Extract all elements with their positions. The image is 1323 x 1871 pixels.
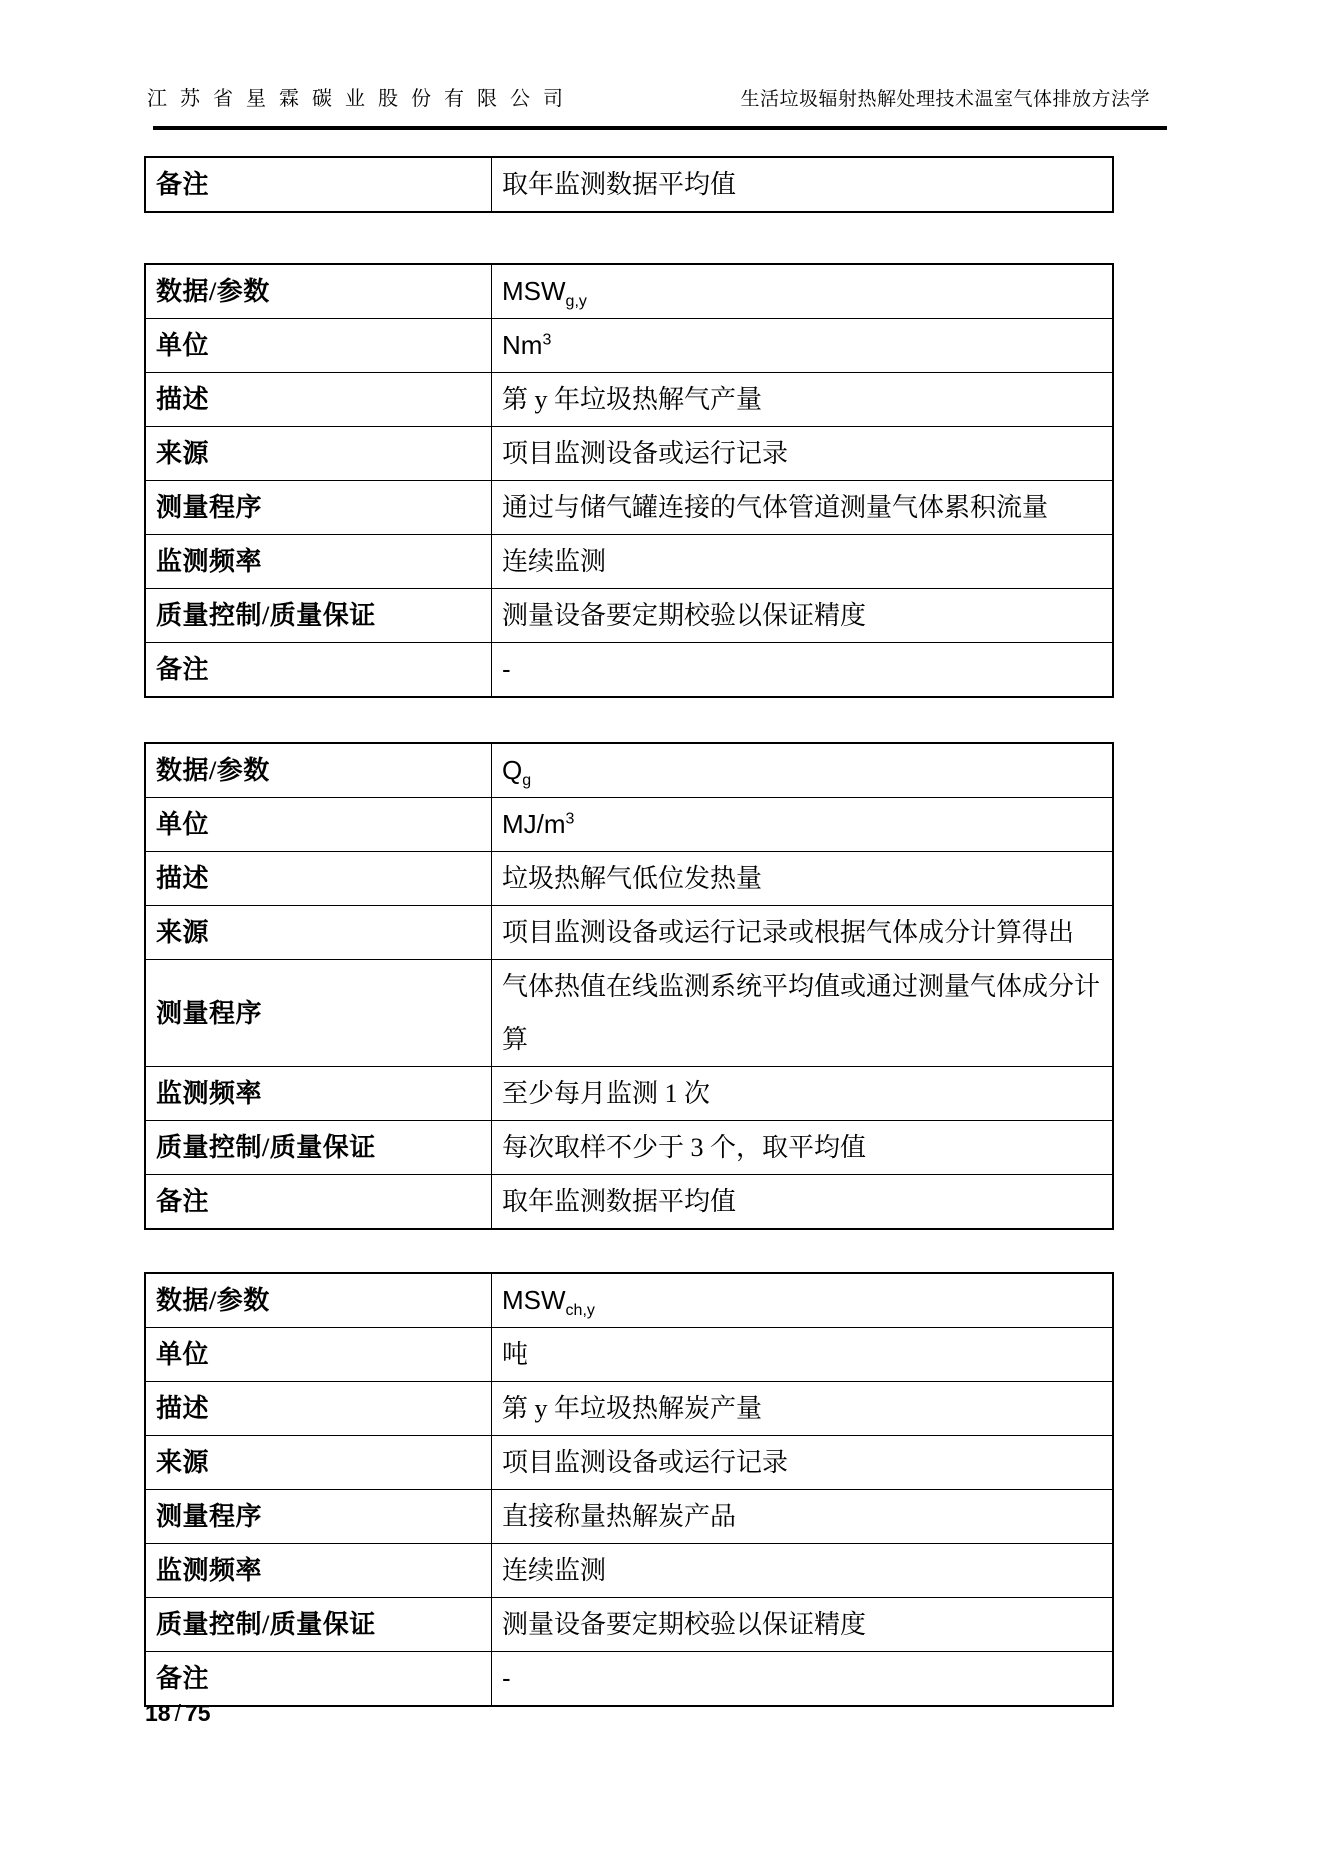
- row-value: 测量设备要定期校验以保证精度: [492, 1598, 1114, 1652]
- table-row: 备注 -: [145, 643, 1113, 698]
- row-value: 连续监测: [492, 1544, 1114, 1598]
- table-row: 来源 项目监测设备或运行记录或根据气体成分计算得出: [145, 906, 1113, 960]
- row-value: MJ/m3: [492, 798, 1114, 852]
- page-number: 18/75: [145, 1700, 211, 1727]
- row-value: 第 y 年垃圾热解炭产量: [492, 1382, 1114, 1436]
- page-number-total: 75: [185, 1700, 211, 1726]
- row-label: 备注: [145, 157, 492, 212]
- row-value: 项目监测设备或运行记录或根据气体成分计算得出: [492, 906, 1114, 960]
- row-value: 取年监测数据平均值: [492, 157, 1114, 212]
- table-row: 测量程序 气体热值在线监测系统平均值或通过测量气体成分计算: [145, 960, 1113, 1067]
- table-row: 描述 垃圾热解气低位发热量: [145, 852, 1113, 906]
- row-label: 备注: [145, 1652, 492, 1707]
- row-label: 单位: [145, 319, 492, 373]
- row-label: 描述: [145, 373, 492, 427]
- row-label: 数据/参数: [145, 264, 492, 319]
- row-label: 单位: [145, 1328, 492, 1382]
- header-company: 江苏省星霖碳业股份有限公司: [147, 82, 576, 111]
- row-label: 测量程序: [145, 1490, 492, 1544]
- row-value: -: [492, 643, 1114, 698]
- row-label: 备注: [145, 1175, 492, 1230]
- table-row: 质量控制/质量保证 每次取样不少于 3 个，取平均值: [145, 1121, 1113, 1175]
- table-row: 监测频率 连续监测: [145, 1544, 1113, 1598]
- table-row: 备注 取年监测数据平均值: [145, 157, 1113, 212]
- row-value: 直接称量热解炭产品: [492, 1490, 1114, 1544]
- header-doc-title: 生活垃圾辐射热解处理技术温室气体排放方法学: [740, 84, 1150, 111]
- table-row: 备注 取年监测数据平均值: [145, 1175, 1113, 1230]
- table-row: 数据/参数 MSWg,y: [145, 264, 1113, 319]
- row-value: MSWch,y: [492, 1273, 1114, 1328]
- row-value: 吨: [492, 1328, 1114, 1382]
- table-row: 数据/参数 Qg: [145, 743, 1113, 798]
- table-row: 单位 Nm3: [145, 319, 1113, 373]
- page-number-separator: /: [171, 1700, 185, 1726]
- row-value: 垃圾热解气低位发热量: [492, 852, 1114, 906]
- table-row: 描述 第 y 年垃圾热解气产量: [145, 373, 1113, 427]
- row-label: 描述: [145, 1382, 492, 1436]
- row-label: 质量控制/质量保证: [145, 589, 492, 643]
- row-label: 监测频率: [145, 1067, 492, 1121]
- row-label: 数据/参数: [145, 1273, 492, 1328]
- row-value: 项目监测设备或运行记录: [492, 427, 1114, 481]
- row-label: 来源: [145, 906, 492, 960]
- parameter-table-qg: 数据/参数 Qg 单位 MJ/m3 描述 垃圾热解气低位发热量 来源 项目监测设…: [144, 742, 1114, 1230]
- row-label: 监测频率: [145, 1544, 492, 1598]
- row-value: 每次取样不少于 3 个，取平均值: [492, 1121, 1114, 1175]
- row-value: 测量设备要定期校验以保证精度: [492, 589, 1114, 643]
- table-row: 来源 项目监测设备或运行记录: [145, 1436, 1113, 1490]
- table-row: 单位 MJ/m3: [145, 798, 1113, 852]
- table-row: 单位 吨: [145, 1328, 1113, 1382]
- page-number-current: 18: [145, 1700, 171, 1726]
- parameter-table-msw-gy: 数据/参数 MSWg,y 单位 Nm3 描述 第 y 年垃圾热解气产量 来源 项…: [144, 263, 1114, 698]
- row-label: 监测频率: [145, 535, 492, 589]
- table-row: 监测频率 至少每月监测 1 次: [145, 1067, 1113, 1121]
- row-label: 测量程序: [145, 481, 492, 535]
- header-rule: [153, 126, 1167, 130]
- row-value: 至少每月监测 1 次: [492, 1067, 1114, 1121]
- row-label: 质量控制/质量保证: [145, 1598, 492, 1652]
- row-label: 测量程序: [145, 960, 492, 1067]
- row-value: MSWg,y: [492, 264, 1114, 319]
- row-label: 质量控制/质量保证: [145, 1121, 492, 1175]
- parameter-table-msw-chy: 数据/参数 MSWch,y 单位 吨 描述 第 y 年垃圾热解炭产量 来源 项目…: [144, 1272, 1114, 1707]
- table-row: 质量控制/质量保证 测量设备要定期校验以保证精度: [145, 589, 1113, 643]
- row-value: 第 y 年垃圾热解气产量: [492, 373, 1114, 427]
- row-value: Nm3: [492, 319, 1114, 373]
- row-label: 单位: [145, 798, 492, 852]
- row-label: 描述: [145, 852, 492, 906]
- row-value: 通过与储气罐连接的气体管道测量气体累积流量: [492, 481, 1114, 535]
- row-value: 连续监测: [492, 535, 1114, 589]
- table-row: 数据/参数 MSWch,y: [145, 1273, 1113, 1328]
- parameter-table-remark: 备注 取年监测数据平均值: [144, 156, 1114, 213]
- row-value: 气体热值在线监测系统平均值或通过测量气体成分计算: [492, 960, 1114, 1067]
- table-row: 备注 -: [145, 1652, 1113, 1707]
- row-value: -: [492, 1652, 1114, 1707]
- row-value: 取年监测数据平均值: [492, 1175, 1114, 1230]
- table-row: 来源 项目监测设备或运行记录: [145, 427, 1113, 481]
- table-row: 测量程序 通过与储气罐连接的气体管道测量气体累积流量: [145, 481, 1113, 535]
- table-row: 监测频率 连续监测: [145, 535, 1113, 589]
- row-value: Qg: [492, 743, 1114, 798]
- row-value: 项目监测设备或运行记录: [492, 1436, 1114, 1490]
- table-row: 描述 第 y 年垃圾热解炭产量: [145, 1382, 1113, 1436]
- row-label: 来源: [145, 427, 492, 481]
- table-row: 质量控制/质量保证 测量设备要定期校验以保证精度: [145, 1598, 1113, 1652]
- row-label: 来源: [145, 1436, 492, 1490]
- row-label: 备注: [145, 643, 492, 698]
- table-row: 测量程序 直接称量热解炭产品: [145, 1490, 1113, 1544]
- row-label: 数据/参数: [145, 743, 492, 798]
